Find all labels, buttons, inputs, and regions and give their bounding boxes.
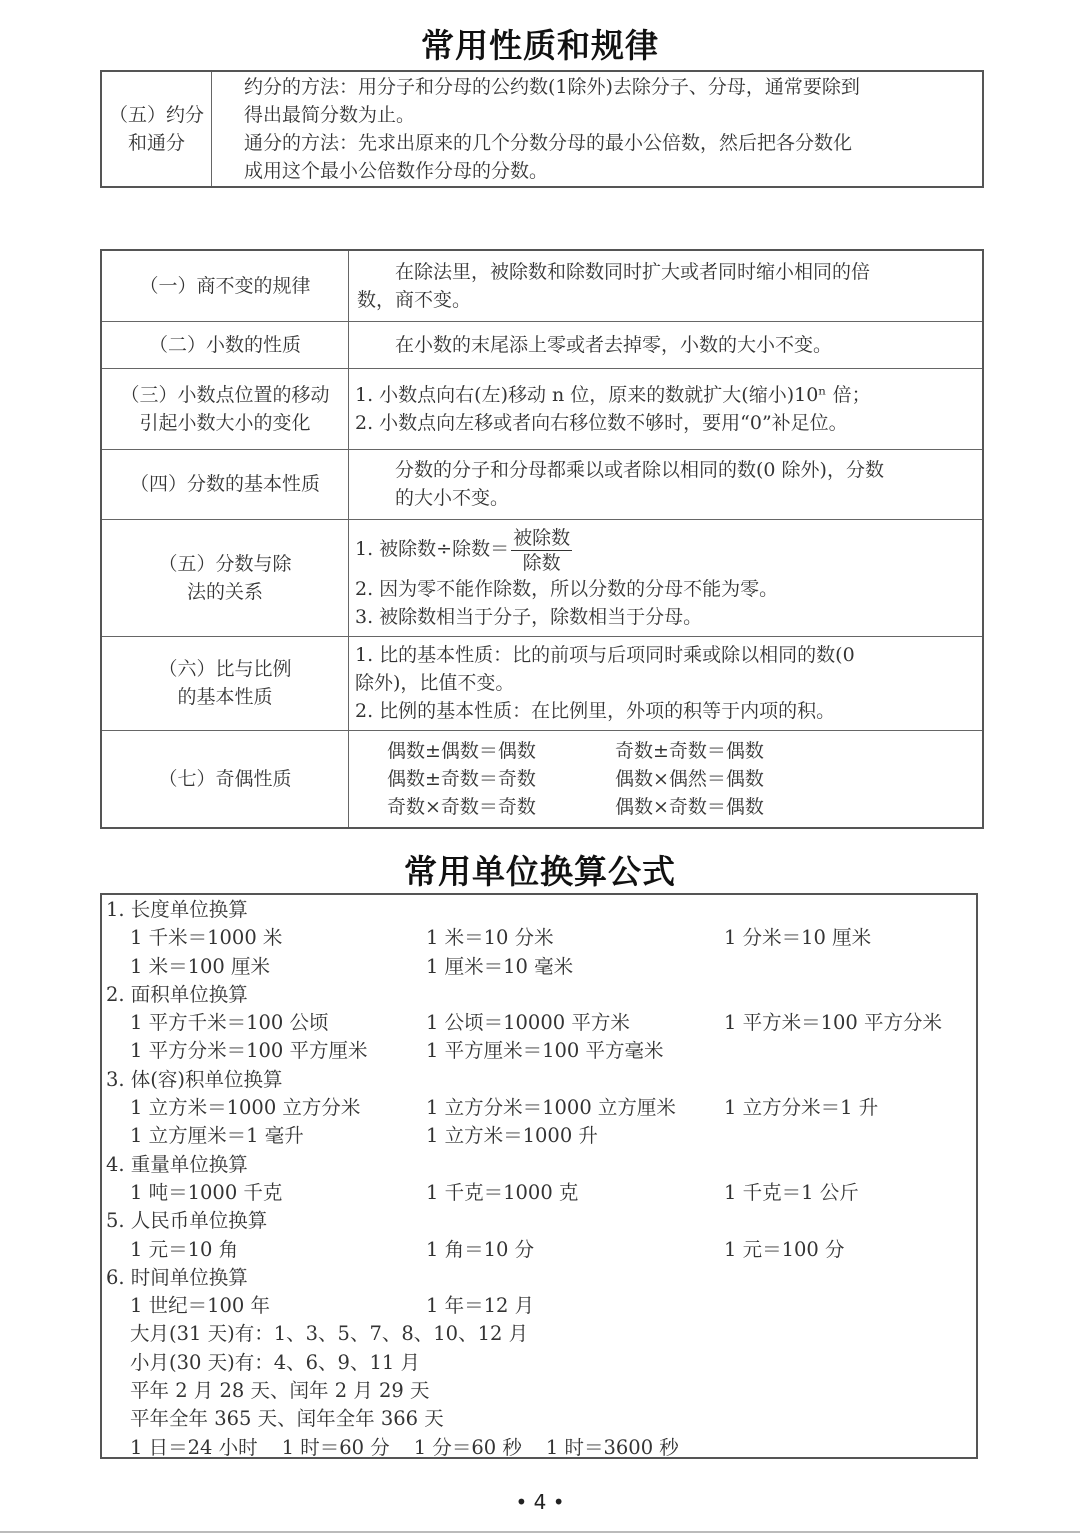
fraction: 被除数除数 [511,526,572,575]
table-row: （一）商不变的规律 在除法里，被除数和除数同时扩大或者同时缩小相同的倍 数，商不… [101,250,983,321]
conversion-row: 1 立方米＝1000 立方分米 1 立方分米＝1000 立方厘米 1 立方分米＝… [106,1094,976,1122]
conversion-row: 1 世纪＝100 年 1 年＝12 月 [106,1292,976,1320]
row-label: （一）商不变的规律 [101,250,349,321]
table-row: （五）约分 和通分 约分的方法：用分子和分母的公约数(1除外)去除分子、分母，通… [101,71,983,187]
row-label: （六）比与比例 的基本性质 [101,636,349,730]
label-line: （七）奇偶性质 [158,768,291,790]
time-fact-line: 平年 2 月 28 天、闰年 2 月 29 天 [106,1377,976,1405]
content-line: 在小数的末尾添上零或者去掉零，小数的大小不变。 [357,331,978,359]
content-line: 除外)，比值不变。 [355,669,978,697]
conversion-row: 1 立方厘米＝1 毫升 1 立方米＝1000 升 [106,1122,976,1150]
content-line: 1. 比的基本性质：比的前项与后项同时乘或除以相同的数(0 [355,641,978,669]
conversion-row: 1 元＝10 角 1 角＝10 分 1 元＝100 分 [106,1236,976,1264]
time-fact-line: 大月(31 天)有：1、3、5、7、8、10、12 月 [106,1320,976,1348]
content-line: 的大小不变。 [357,484,978,512]
content-line: 3. 被除数相当于分子，除数相当于分母。 [355,603,978,631]
parity-rules: 偶数±偶数＝偶数 奇数±奇数＝偶数 偶数±奇数＝奇数 偶数×偶然＝偶数 奇数×奇… [357,737,978,821]
label-line: （五）约分 [102,101,211,129]
label-line: （一）商不变的规律 [139,275,310,297]
table-row: （五）分数与除 法的关系 1. 被除数÷除数＝被除数除数 2. 因为零不能作除数… [101,519,983,636]
properties-table: （一）商不变的规律 在除法里，被除数和除数同时扩大或者同时缩小相同的倍 数，商不… [100,249,984,829]
page-title-properties: 常用性质和规律 [0,20,1080,67]
row-content: 1. 被除数÷除数＝被除数除数 2. 因为零不能作除数，所以分数的分母不能为零。… [349,519,984,636]
time-fact-line: 平年全年 365 天、闰年全年 366 天 [106,1405,976,1433]
time-fact-line: 小月(30 天)有：4、6、9、11 月 [106,1349,976,1377]
row-content: 在小数的末尾添上零或者去掉零，小数的大小不变。 [349,321,984,368]
row-content: 1. 小数点向右(左)移动 n 位，原来的数就扩大(缩小)10ⁿ 倍； 2. 小… [349,368,984,449]
row-content: 约分的方法：用分子和分母的公约数(1除外)去除分子、分母，通常要除到 得出最简分… [212,71,984,187]
page-number: • 4 • [0,1490,1080,1514]
label-line: （六）比与比例 [102,655,348,683]
group-heading-time: 6. 时间单位换算 [106,1264,976,1292]
content-line: 得出最简分数为止。 [244,101,978,129]
table-row: （六）比与比例 的基本性质 1. 比的基本性质：比的前项与后项同时乘或除以相同的… [101,636,983,730]
row-label: （五）分数与除 法的关系 [101,519,349,636]
row-content: 偶数±偶数＝偶数 奇数±奇数＝偶数 偶数±奇数＝奇数 偶数×偶然＝偶数 奇数×奇… [349,730,984,828]
content-line: 2. 因为零不能作除数，所以分数的分母不能为零。 [355,575,978,603]
table-row: （四）分数的基本性质 分数的分子和分母都乘以或者除以相同的数(0 除外)，分数 … [101,449,983,519]
time-conversion-line: 1 日＝24 小时1 时＝60 分1 分＝60 秒1 时＝3600 秒 [106,1434,976,1462]
parity-row: 奇数×奇数＝奇数 偶数×奇数＝偶数 [387,793,978,821]
label-line: （二）小数的性质 [149,334,301,356]
formula-prefix: 1. 被除数÷除数＝ [355,538,509,560]
conversion-row: 1 千米＝1000 米 1 米＝10 分米 1 分米＝10 厘米 [106,924,976,952]
group-heading-currency: 5. 人民币单位换算 [106,1207,976,1235]
row-label: （四）分数的基本性质 [101,449,349,519]
table-row: （三）小数点位置的移动 引起小数大小的变化 1. 小数点向右(左)移动 n 位，… [101,368,983,449]
page-title-unit-conversion: 常用单位换算公式 [0,846,1080,893]
group-heading-length: 1. 长度单位换算 [106,896,976,924]
label-line: 引起小数大小的变化 [102,409,348,437]
conversion-row: 1 平方千米＝100 公顷 1 公顷＝10000 平方米 1 平方米＝100 平… [106,1009,976,1037]
content-line: 分数的分子和分母都乘以或者除以相同的数(0 除外)，分数 [357,456,978,484]
label-line: （三）小数点位置的移动 [102,381,348,409]
content-paragraph: 在除法里，被除数和除数同时扩大或者同时缩小相同的倍 [357,258,978,286]
content-line: 通分的方法：先求出原来的几个分数分母的最小公倍数，然后把各分数化 [244,129,978,157]
parity-row: 偶数±偶数＝偶数 奇数±奇数＝偶数 [387,737,978,765]
group-heading-volume: 3. 体(容)积单位换算 [106,1066,976,1094]
fraction-denominator: 除数 [511,551,572,575]
content-line: 成用这个最小公倍数作分母的分数。 [244,157,978,185]
label-line: 的基本性质 [102,683,348,711]
content-line: 1. 小数点向右(左)移动 n 位，原来的数就扩大(缩小)10ⁿ 倍； [355,381,978,409]
table-row: （七）奇偶性质 偶数±偶数＝偶数 奇数±奇数＝偶数 偶数±奇数＝奇数 偶数×偶然… [101,730,983,828]
parity-row: 偶数±奇数＝奇数 偶数×偶然＝偶数 [387,765,978,793]
label-line: （四）分数的基本性质 [130,473,320,495]
group-heading-area: 2. 面积单位换算 [106,981,976,1009]
row-label: （二）小数的性质 [101,321,349,368]
row-content: 1. 比的基本性质：比的前项与后项同时乘或除以相同的数(0 除外)，比值不变。 … [349,636,984,730]
row-label: （七）奇偶性质 [101,730,349,828]
label-line: （五）分数与除 [102,550,348,578]
label-line: 法的关系 [102,578,348,606]
content-line: 数，商不变。 [357,286,978,314]
fraction-numerator: 被除数 [511,526,572,551]
division-fraction-formula: 1. 被除数÷除数＝被除数除数 [355,524,978,575]
row-content: 在除法里，被除数和除数同时扩大或者同时缩小相同的倍 数，商不变。 [349,250,984,321]
row-content: 分数的分子和分母都乘以或者除以相同的数(0 除外)，分数 的大小不变。 [349,449,984,519]
conversion-row: 1 平方分米＝100 平方厘米 1 平方厘米＝100 平方毫米 [106,1037,976,1065]
content-line: 约分的方法：用分子和分母的公约数(1除外)去除分子、分母，通常要除到 [244,73,978,101]
row-label: （三）小数点位置的移动 引起小数大小的变化 [101,368,349,449]
unit-conversion-box: 1. 长度单位换算 1 千米＝1000 米 1 米＝10 分米 1 分米＝10 … [100,893,978,1459]
content-line: 2. 小数点向左移或者向右移位数不够时，要用“0”补足位。 [355,409,978,437]
table-row: （二）小数的性质 在小数的末尾添上零或者去掉零，小数的大小不变。 [101,321,983,368]
conversion-row: 1 米＝100 厘米 1 厘米＝10 毫米 [106,953,976,981]
group-heading-weight: 4. 重量单位换算 [106,1151,976,1179]
label-line: 和通分 [102,129,211,157]
fraction-reduction-table: （五）约分 和通分 约分的方法：用分子和分母的公约数(1除外)去除分子、分母，通… [100,70,984,188]
content-line: 2. 比例的基本性质：在比例里，外项的积等于内项的积。 [355,697,978,725]
row-label: （五）约分 和通分 [101,71,212,187]
conversion-row: 1 吨＝1000 千克 1 千克＝1000 克 1 千克＝1 公斤 [106,1179,976,1207]
